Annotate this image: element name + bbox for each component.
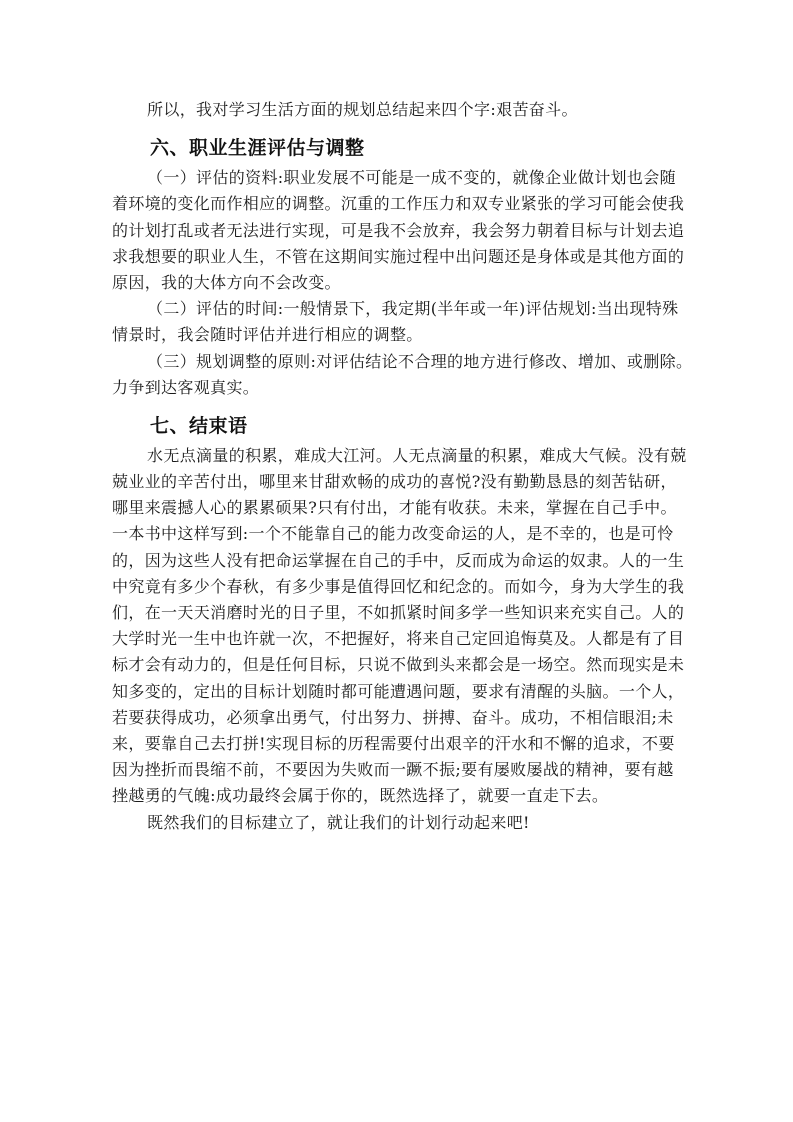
- text-line: 力争到达客观真实。: [112, 375, 672, 401]
- text-line: 标才会有动力的，但是任何目标，只说不做到头来都会是一场空。然而现实是未: [112, 652, 672, 678]
- paragraph-evaluation-content: （一）评估的资料:职业发展不可能是一成不变的，就像企业做计划也会随 着环境的变化…: [112, 165, 672, 296]
- paragraph-closing: 既然我们的目标建立了，就让我们的计划行动起来吧!: [112, 810, 672, 836]
- text-line: 的，因为这些人没有把命运掌握在自己的手中，反而成为命运的奴隶。人的一生: [112, 548, 672, 574]
- text-line: 挫越勇的气魄:成功最终会属于你的，既然选择了，就要一直走下去。: [112, 783, 672, 809]
- document-body: 所以，我对学习生活方面的规划总结起来四个字:艰苦奋斗。 六、职业生涯评估与调整 …: [112, 97, 672, 836]
- text-line: 情景时，我会随时评估并进行相应的调整。: [112, 322, 672, 348]
- paragraph-evaluation-time: （二）评估的时间:一般情景下，我定期(半年或一年)评估规划:当出现特殊 情景时，…: [112, 296, 672, 348]
- paragraph-adjustment-principle: （三）规划调整的原则:对评估结论不合理的地方进行修改、增加、或删除。 力争到达客…: [112, 349, 672, 401]
- text-line: 因为挫折而畏缩不前，不要因为失败而一蹶不振;要有屡败屡战的精神，要有越: [112, 757, 672, 783]
- document-page: 所以，我对学习生活方面的规划总结起来四个字:艰苦奋斗。 六、职业生涯评估与调整 …: [0, 0, 793, 1122]
- text-line: 大学时光一生中也许就一次，不把握好，将来自己定回追悔莫及。人都是有了目: [112, 626, 672, 652]
- text-line: 原因，我的大体方向不会改变。: [112, 270, 672, 296]
- text-line: 着环境的变化而作相应的调整。沉重的工作压力和双专业紧张的学习可能会使我: [112, 191, 672, 217]
- text-line: 求我想要的职业人生，不管在这期间实施过程中出问题还是身体或是其他方面的: [112, 244, 672, 270]
- paragraph-conclusion: 水无点滴量的积累，难成大江河。人无点滴量的积累，难成大气候。没有兢 兢业业的辛苦…: [112, 443, 672, 810]
- text-line: 的计划打乱或者无法进行实现，可是我不会放弃，我会努力朝着目标与计划去追: [112, 218, 672, 244]
- intro-line: 所以，我对学习生活方面的规划总结起来四个字:艰苦奋斗。: [112, 97, 672, 123]
- text-line: 哪里来震撼人心的累累硕果?只有付出，才能有收获。未来，掌握在自己手中。: [112, 495, 672, 521]
- text-line: 中究竟有多少个春秋，有多少事是值得回忆和纪念的。而如今，身为大学生的我: [112, 574, 672, 600]
- text-line: 水无点滴量的积累，难成大江河。人无点滴量的积累，难成大气候。没有兢: [112, 443, 672, 469]
- text-line: 若要获得成功，必须拿出勇气，付出努力、拼搏、奋斗。成功，不相信眼泪;未: [112, 705, 672, 731]
- text-line: （一）评估的资料:职业发展不可能是一成不变的，就像企业做计划也会随: [112, 165, 672, 191]
- text-line: 来，要靠自己去打拼!实现目标的历程需要付出艰辛的汗水和不懈的追求，不要: [112, 731, 672, 757]
- text-line: 们，在一天天消磨时光的日子里，不如抓紧时间多学一些知识来充实自己。人的: [112, 600, 672, 626]
- section-heading-7: 七、结束语: [112, 411, 672, 441]
- text-line: 既然我们的目标建立了，就让我们的计划行动起来吧!: [112, 810, 672, 836]
- text-line: 一本书中这样写到:一个不能靠自己的能力改变命运的人，是不幸的，也是可怜: [112, 521, 672, 547]
- section-heading-6: 六、职业生涯评估与调整: [112, 133, 672, 163]
- text-line: 知多变的，定出的目标计划随时都可能遭遇问题，要求有清醒的头脑。一个人，: [112, 679, 672, 705]
- text-line: 兢业业的辛苦付出，哪里来甘甜欢畅的成功的喜悦?没有勤勤恳恳的刻苦钻研，: [112, 469, 672, 495]
- text-line: （三）规划调整的原则:对评估结论不合理的地方进行修改、增加、或删除。: [112, 349, 672, 375]
- text-line: （二）评估的时间:一般情景下，我定期(半年或一年)评估规划:当出现特殊: [112, 296, 672, 322]
